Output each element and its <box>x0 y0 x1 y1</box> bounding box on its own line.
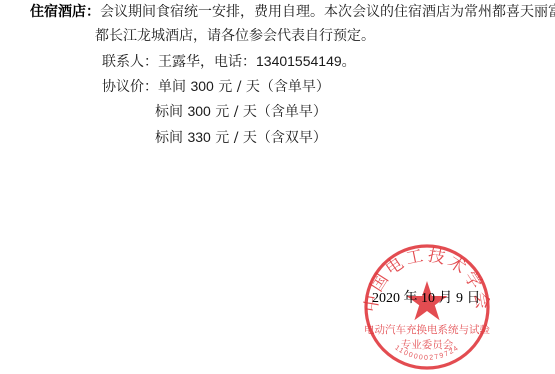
rate-price: 300 <box>187 103 210 119</box>
seal-inner-line-1: 电动汽车充换电系统与试验 <box>364 323 490 336</box>
contact-line: 联系人：王露华，电话：13401554149。 <box>102 52 356 71</box>
accommodation-line-1: 住宿酒店：会议期间食宿统一安排，费用自理。本次会议的住宿酒店为常州都喜天丽富 <box>30 3 555 21</box>
contact-phone-label: ，电话： <box>200 54 256 70</box>
rate-price: 330 <box>187 129 210 145</box>
rate-line-2: 标间 300 元 / 天（含单早） <box>155 102 327 121</box>
rate-unit: 元 / 天 <box>215 130 257 146</box>
rates-label: 协议价： <box>102 79 158 95</box>
rate-note: （含双早） <box>257 130 327 146</box>
rate-unit: 元 / 天 <box>215 104 257 120</box>
rate-room: 标间 <box>155 130 183 146</box>
rate-room: 标间 <box>155 104 183 120</box>
accommodation-label: 住宿酒店： <box>30 4 100 20</box>
rate-note: （含单早） <box>260 79 330 95</box>
contact-label: 联系人： <box>102 54 158 70</box>
rate-unit: 元 / 天 <box>218 79 260 95</box>
contact-end: 。 <box>342 54 356 70</box>
rate-note: （含单早） <box>257 104 327 120</box>
document-date: 2020 年 10 月 9 日 <box>372 290 481 308</box>
accommodation-line-2: 都长江龙城酒店，请各位参会代表自行预定。 <box>95 27 375 45</box>
contact-name: 王露华 <box>158 54 200 70</box>
seal-inner-line-2: 专业委员会 <box>401 338 454 351</box>
rate-room: 单间 <box>158 79 186 95</box>
contact-phone: 13401554149 <box>256 53 342 69</box>
accommodation-text-2: 都长江龙城酒店，请各位参会代表自行预定。 <box>95 28 375 44</box>
rate-line-3: 标间 330 元 / 天（含双早） <box>155 128 327 147</box>
rate-price: 300 <box>190 78 213 94</box>
accommodation-text-1: 会议期间食宿统一安排，费用自理。本次会议的住宿酒店为常州都喜天丽富 <box>100 4 555 20</box>
rate-line-1: 协议价：单间 300 元 / 天（含单早） <box>102 77 330 96</box>
